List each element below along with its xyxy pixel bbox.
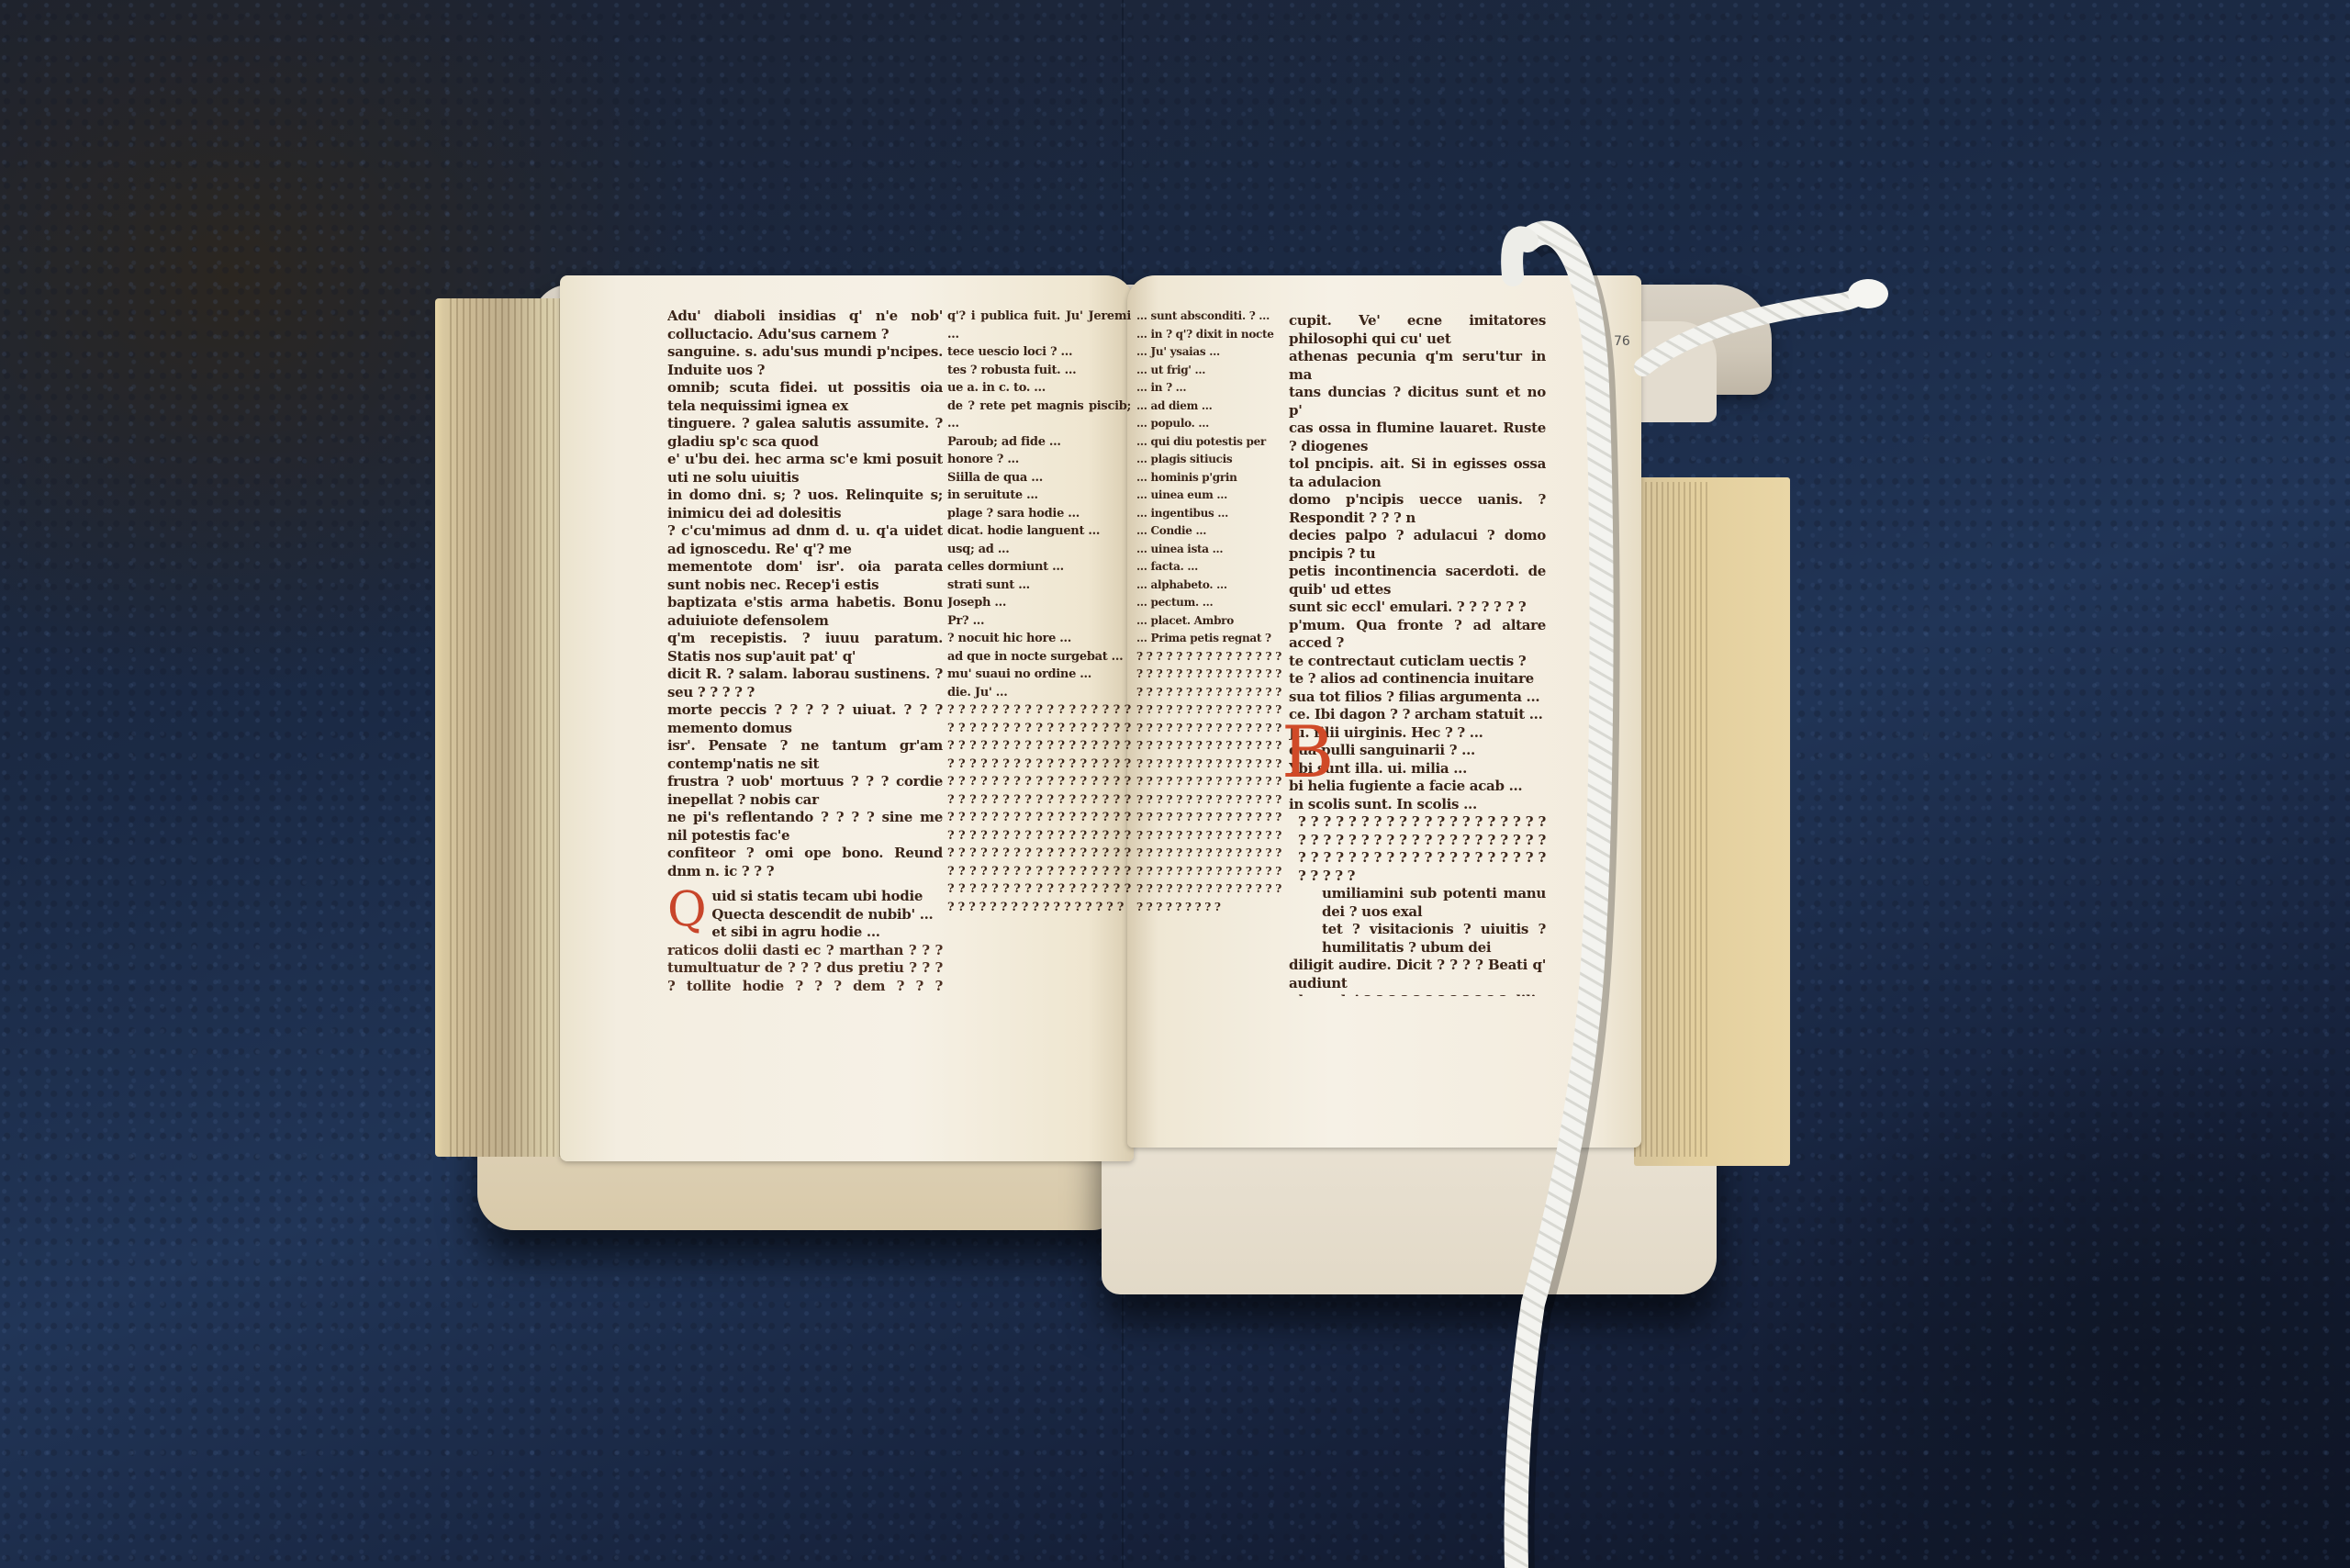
text-line: ue a. in c. to. ... — [947, 379, 1131, 398]
text-line: usq; ad ... — [947, 541, 1131, 559]
text-line: isr'. Pensate ? ne tantum gr'am contemp'… — [667, 737, 943, 773]
text-line: strati sunt ... — [947, 577, 1131, 595]
text-line: sua tot filios ? filias argumenta ... — [1289, 689, 1546, 707]
text-line: ... Ju' ysaias ... — [1136, 343, 1281, 362]
text-line: honore ? ... — [947, 451, 1131, 469]
text-line: cupit. Ve' ecne imitatores philosophi qu… — [1289, 312, 1546, 348]
text-line: ... placet. Ambro — [1136, 612, 1281, 631]
body-text-filler: raticos dolii dasti ec ? marthan ? ? ? t… — [667, 942, 943, 992]
text-line: tece uescio loci ? ... — [947, 343, 1131, 362]
text-line: cas ossa in flumine lauaret. Ruste ? dio… — [1289, 420, 1546, 455]
text-line: ... uinea eum ... — [1136, 487, 1281, 505]
text-line: et sibi in agru hodie ... — [711, 924, 879, 940]
text-line: ... facta. ... — [1136, 558, 1281, 577]
text-line: tes ? robusta fuit. ... — [947, 362, 1131, 380]
left-page-column-2: q'? i publica fuit. Ju' Jeremi ... tece … — [947, 308, 1131, 991]
text-line: Pr? ... — [947, 612, 1131, 631]
text-line: frustra ? uob' mortuus ? ? ? cordie inep… — [667, 773, 943, 809]
text-line: Quecta descendit de nubib' ... — [711, 906, 933, 923]
text-line: ... sunt absconditi. ? ... — [1136, 308, 1281, 326]
text-line: Siilla de qua ... — [947, 469, 1131, 487]
text-line: die. Ju' ... — [947, 684, 1131, 702]
text-line: dicit R. ? salam. laborau sustinens. ? s… — [667, 666, 943, 701]
text-line: ? nocuit hic hore ... — [947, 630, 1131, 648]
text-line: omnib; scuta fidei. ut possitis oia tela… — [667, 379, 943, 415]
text-line: ... Condie ... — [1136, 522, 1281, 541]
text-line: ... hominis p'grin — [1136, 469, 1281, 487]
right-page-edges — [1634, 482, 1707, 1157]
text-line: domo p'ncipis uecce uanis. ? Respondit ?… — [1289, 491, 1546, 527]
text-line: sunt sic eccl' emulari. ? ? ? ? ? ? — [1289, 599, 1546, 617]
text-line: q'? i publica fuit. Ju' Jeremi ... — [947, 308, 1131, 343]
right-page-column-2: cupit. Ve' ecne imitatores philosophi qu… — [1289, 312, 1546, 996]
body-text-filler: ? ? ? ? ? ? ? ? ? ? ? ? ? ? ? ? ? ? ? ? … — [947, 701, 1131, 916]
text-line: ... uinea ista ... — [1136, 541, 1281, 559]
text-line: ... populo. ... — [1136, 415, 1281, 433]
text-line: te ? alios ad continencia inuitare — [1289, 670, 1546, 689]
text-line: baptizata e'stis arma habetis. Bonu adui… — [667, 594, 943, 630]
body-text-filler: ? ? ? ? ? ? ? ? ? ? ? ? ? ? ? ? ? ? ? ? … — [1136, 648, 1281, 917]
rubricated-initial-b: B — [1281, 716, 1334, 790]
right-page-column-1: ... sunt absconditi. ? ... ... in ? q'? … — [1136, 308, 1281, 991]
text-line: ... ingentibus ... — [1136, 505, 1281, 523]
text-line: sanguine. s. adu'sus mundi p'ncipes. Ind… — [667, 343, 943, 379]
text-line: q'm recepistis. ? iuuu paratum. Statis n… — [667, 630, 943, 666]
text-line: tans duncias ? dicitus sunt et no p' — [1289, 384, 1546, 420]
text-line: ... in ? q'? dixit in nocte — [1136, 326, 1281, 344]
text-line: de ? rete pet magnis piscib; ... — [947, 398, 1131, 433]
text-line: ... Prima petis regnat ? — [1136, 630, 1281, 648]
text-line: Joseph ... — [947, 594, 1131, 612]
text-line: ad que in nocte surgebat ... — [947, 648, 1131, 666]
text-line: confiteor ? omi ope bono. Reund dnm n. i… — [667, 845, 943, 880]
text-line: p'mum. Qua fronte ? ad altare acced ? — [1289, 617, 1546, 653]
text-line: mementote dom' isr'. oia parata sunt nob… — [667, 558, 943, 594]
text-line: tol pncipis. ait. Si in egisses ossa ta … — [1289, 455, 1546, 491]
text-line: decies palpo ? adulacui ? domo pncipis ?… — [1289, 527, 1546, 563]
folio-number: 76 — [1614, 334, 1630, 349]
text-line: athenas pecunia q'm seru'tur in ma — [1289, 348, 1546, 384]
text-line: Adu' diaboli insidias q' n'e nob' colluc… — [667, 308, 943, 343]
text-line: ... qui diu potestis per — [1136, 433, 1281, 452]
text-line: petis incontinencia sacerdoti. de quib' … — [1289, 563, 1546, 599]
text-line: mu' suaui no ordine ... — [947, 666, 1131, 684]
left-page-edges — [450, 298, 569, 1157]
text-line: morte peccis ? ? ? ? ? uiuat. ? ? ? meme… — [667, 701, 943, 737]
text-line: tinguere. ? galea salutis assumite. ? gl… — [667, 415, 943, 451]
text-line: umiliamini sub potenti manu dei ? uos ex… — [1289, 885, 1546, 921]
text-line: dicat. hodie languent ... — [947, 522, 1131, 541]
text-line: te contrectaut cuticlam uectis ? — [1289, 653, 1546, 671]
text-line: in seruitute ... — [947, 487, 1131, 505]
text-line: uid si statis tecam ubi hodie — [711, 888, 923, 904]
text-line: ? c'cu'mimus ad dnm d. u. q'a uidet ad i… — [667, 522, 943, 558]
rubricated-initial-q: Q — [667, 890, 706, 930]
text-line: ... alphabeto. ... — [1136, 577, 1281, 595]
text-line: ... plagis sitiucis — [1136, 451, 1281, 469]
text-line: Paroub; ad fide ... — [947, 433, 1131, 452]
text-line: diligit audire. Dicit ? ? ? ? Beati q' a… — [1289, 957, 1546, 992]
text-line: in domo dni. s; ? uos. Relinquite s; ini… — [667, 487, 943, 522]
text-line: e' u'bu dei. hec arma sc'e kmi posuit ut… — [667, 451, 943, 487]
left-page-column-1: Adu' diaboli insidias q' n'e nob' colluc… — [667, 308, 943, 991]
text-line: ubum dei ? ? ? ? ? ? ? ? ? ? ? ? dilig — [1289, 992, 1546, 996]
text-line: ... ut frig' ... — [1136, 362, 1281, 380]
text-line: ne pi's reflentando ? ? ? ? sine me nil … — [667, 809, 943, 845]
text-line: plage ? sara hodie ... — [947, 505, 1131, 523]
text-line: celles dormiunt ... — [947, 558, 1131, 577]
text-line: ... in ? ... — [1136, 379, 1281, 398]
text-line: ... pectum. ... — [1136, 594, 1281, 612]
text-line: ... ad diem ... — [1136, 398, 1281, 416]
text-line: tet ? visitacionis ? uiuitis ? humilitat… — [1289, 921, 1546, 957]
text-line: in scolis sunt. In scolis ... — [1289, 796, 1546, 814]
